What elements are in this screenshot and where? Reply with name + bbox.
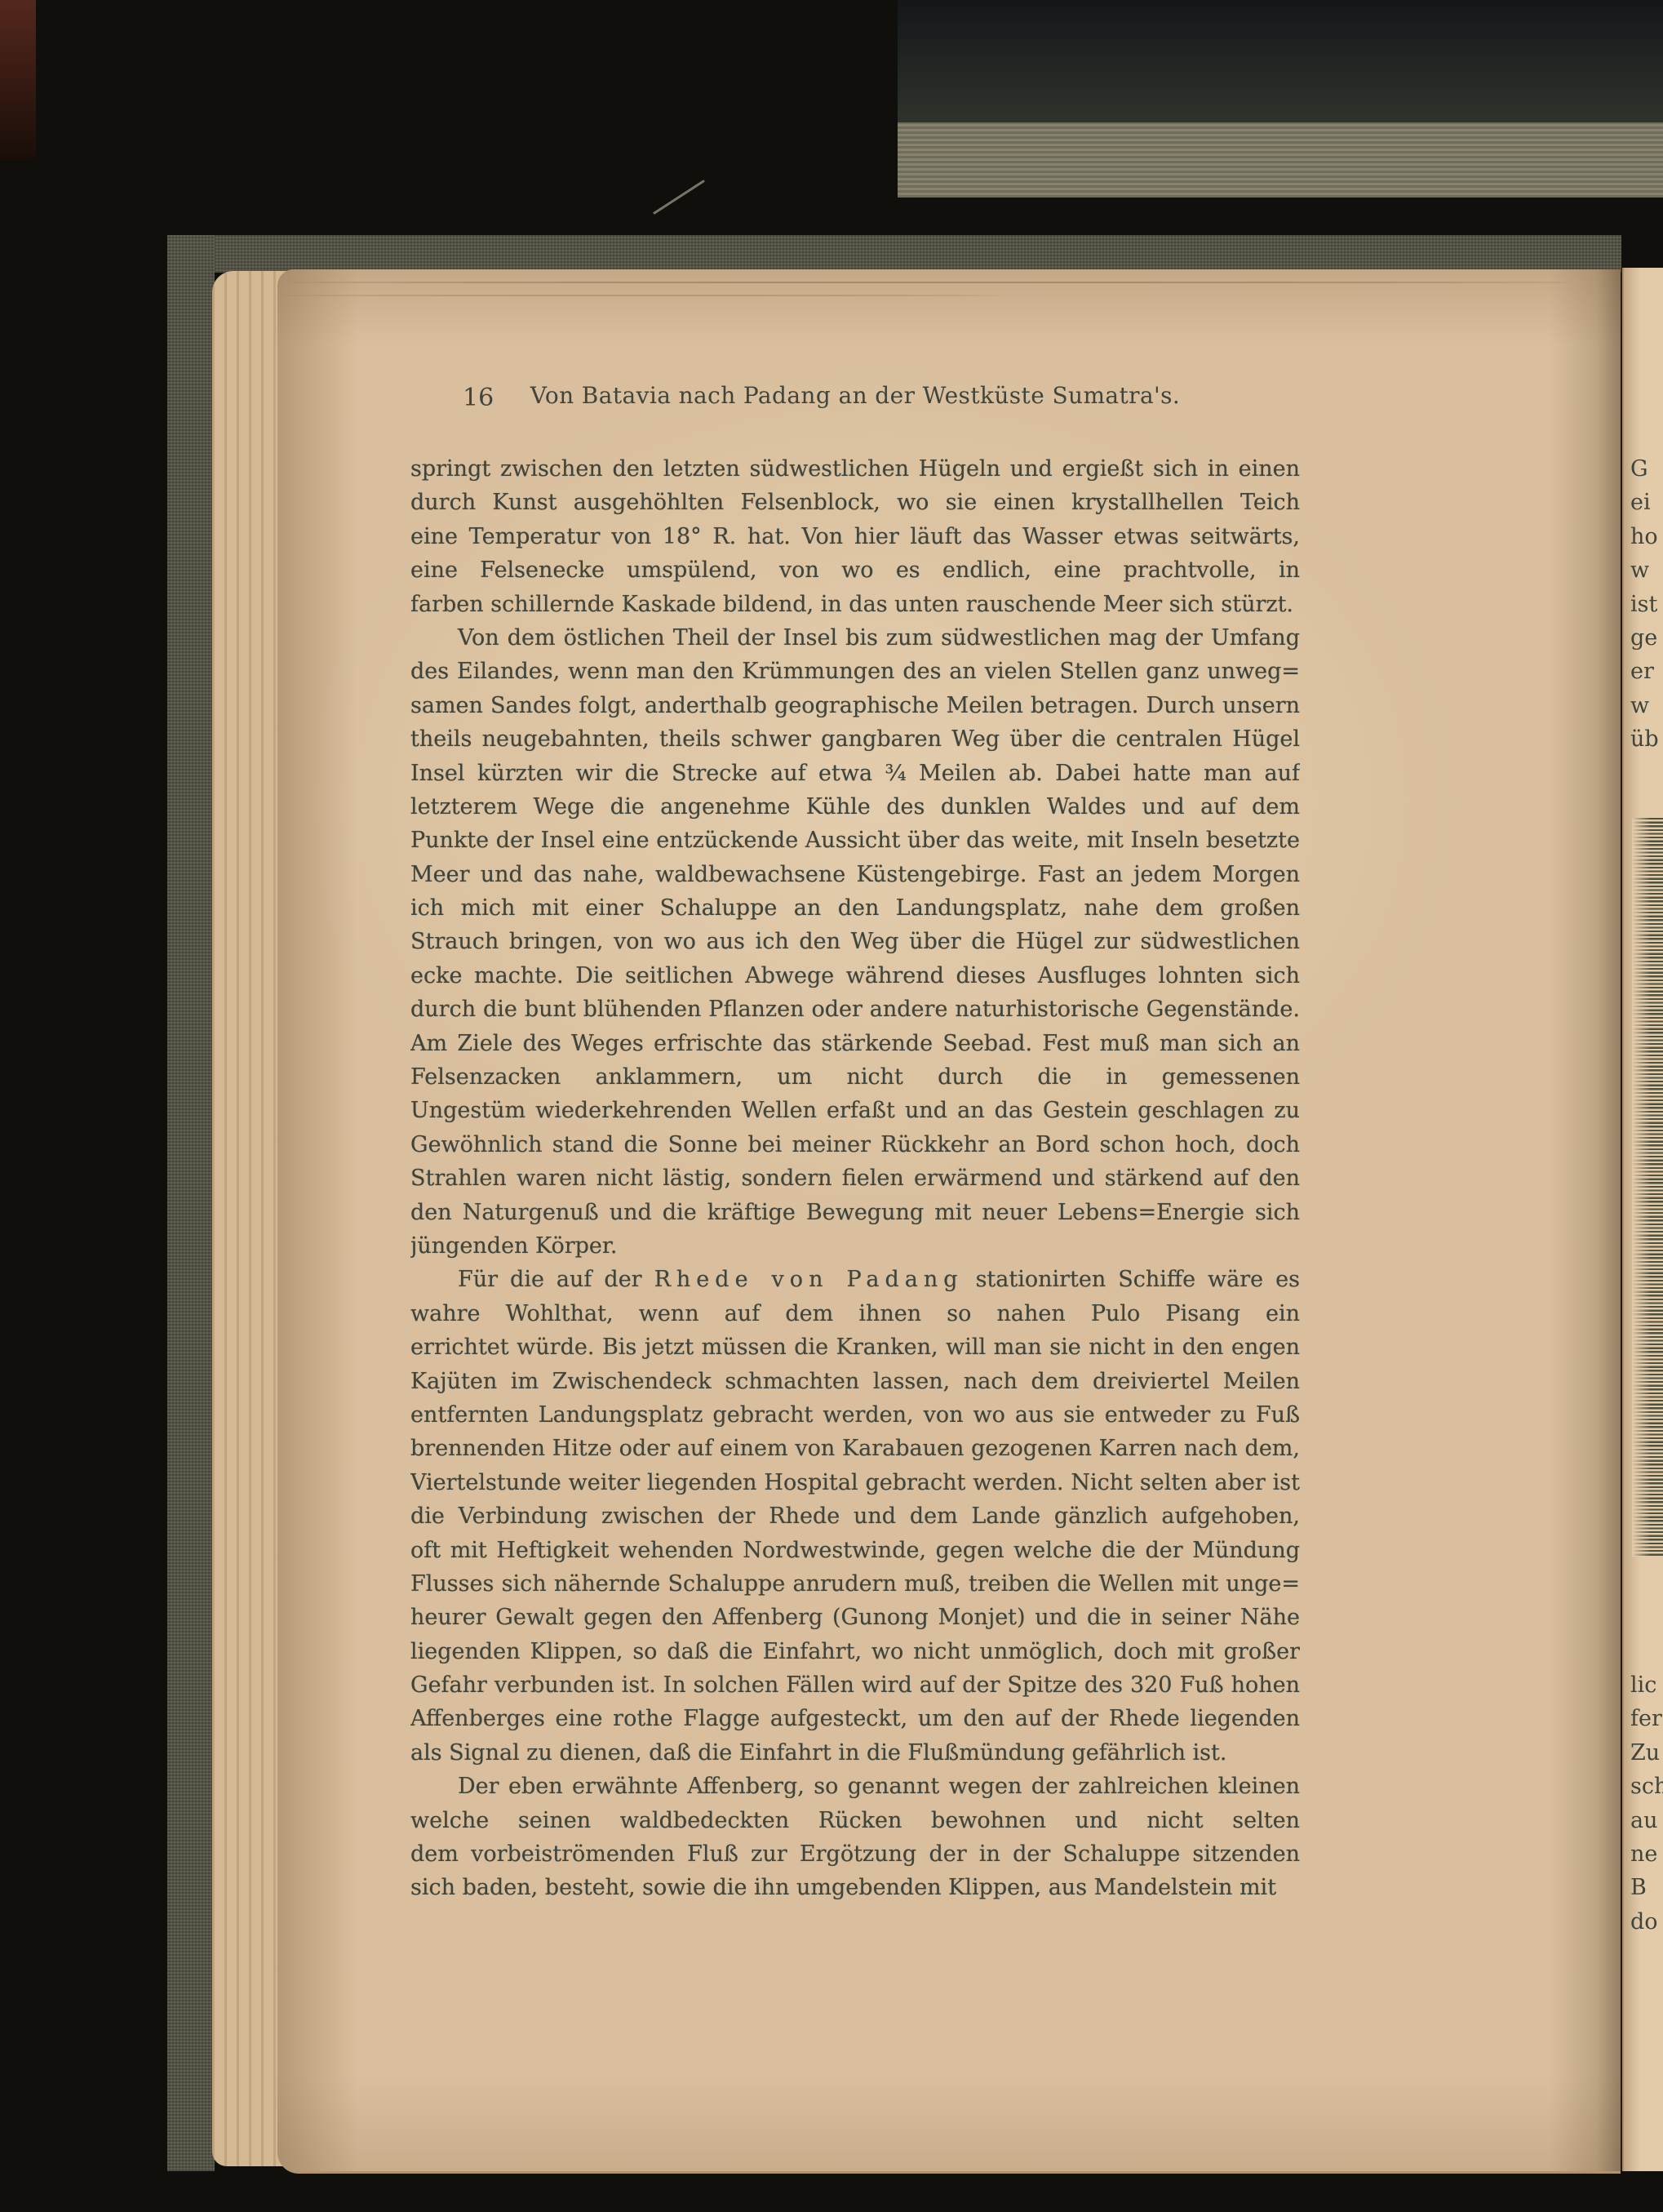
cover-scratch [653,180,705,215]
text-line: des Eilandes, wenn man den Krümmungen de… [410,655,1300,688]
book-cover-top-edge [167,235,1621,273]
text-line: durch Kunst ausgehöhlten Felsenblock, wo… [410,486,1300,519]
text-line: jüngenden Körper. [410,1229,1300,1263]
text-line: Meer und das nahe, waldbewachsene Küsten… [410,858,1300,891]
other-book-cover [898,0,1663,122]
text-line: liegenden Klippen, so daß die Einfahrt, … [410,1635,1300,1668]
text-line: Ungestüm wiederkehrenden Wellen erfaßt u… [410,1094,1300,1127]
facing-text-fragment: au [1630,1804,1663,1837]
facing-text-fragment: w [1630,689,1663,722]
text-line: eine Felsenecke umspülend, von wo es end… [410,553,1300,587]
page-header: 16 Von Batavia nach Padang an der Westkü… [410,382,1300,409]
page-body-text: springt zwischen den letzten südwestlich… [410,452,1300,1905]
text-line: farben schillernde Kaskade bildend, in d… [410,588,1300,621]
gutter-shadow [1549,269,1622,2171]
facing-text-fragment: w [1630,553,1663,587]
facing-text-fragment: er [1630,655,1663,688]
maroon-book-sliver [0,0,36,159]
text-line: als Signal zu dienen, daß die Einfahrt i… [410,1736,1300,1770]
text-line: springt zwischen den letzten südwestlich… [410,452,1300,486]
text-line: Viertelstunde weiter liegenden Hospital … [410,1466,1300,1499]
text-line: sich baden, besteht, sowie die ihn umgeb… [410,1871,1300,1904]
facing-text-fragment: ho [1630,520,1663,553]
text-line: Punkte der Insel eine entzückende Aussic… [410,824,1300,857]
text-line: Gewöhnlich stand die Sonne bei meiner Rü… [410,1128,1300,1162]
text-line: dem vorbeiströmenden Fluß zur Ergötzung … [410,1837,1300,1871]
text-line: Kajüten im Zwischendeck schmachten lasse… [410,1365,1300,1398]
facing-text-fragment: sch [1630,1770,1663,1803]
facing-text-fragments-top: Geihowistgeerwüb [1630,452,1663,757]
emphasized-text: Rhede von Padang [654,1267,964,1292]
previous-sheet-edge [286,282,1572,283]
text-line: Der eben erwähnte Affenberg, so genannt … [410,1770,1300,1803]
text-line: Für die auf der Rhede von Padang station… [410,1263,1300,1296]
text-line: samen Sandes folgt, anderthalb geographi… [410,689,1300,722]
facing-text-fragment: ge [1630,621,1663,655]
text-segment: Für die auf der [458,1267,654,1292]
facing-text-fragment: ei [1630,486,1663,519]
text-line: Flusses sich nähernde Schaluppe anrudern… [410,1567,1300,1601]
book-photo: 16 Von Batavia nach Padang an der Westkü… [0,0,1663,2212]
previous-sheet-edge [281,295,1000,296]
text-line: durch die bunt blühenden Pflanzen oder a… [410,993,1300,1026]
text-line: ecke machte. Die seitlichen Abwege währe… [410,959,1300,993]
text-line: errichtet würde. Bis jetzt müssen die Kr… [410,1330,1300,1364]
facing-text-fragments-bottom: licferZuschauneBdo [1630,1668,1663,1939]
text-line: letzterem Wege die angenehme Kühle des d… [410,790,1300,824]
book-page: 16 Von Batavia nach Padang an der Westkü… [277,269,1621,2174]
text-line: Strahlen waren nicht lästig, sondern fie… [410,1162,1300,1195]
facing-text-fragment: ne [1630,1837,1663,1871]
text-line: heurer Gewalt gegen den Affenberg (Gunon… [410,1601,1300,1634]
text-line: Strauch bringen, von wo aus ich den Weg … [410,925,1300,958]
text-line: Von dem östlichen Theil der Insel bis zu… [410,621,1300,655]
page-number: 16 [463,384,494,412]
text-line: ich mich mit einer Schaluppe an den Land… [410,891,1300,925]
other-book-page-edges [898,122,1663,198]
facing-text-fragment: Zu [1630,1736,1663,1770]
book-cover-left-edge [167,235,215,2171]
text-line: oft mit Heftigkeit wehenden Nordwestwind… [410,1534,1300,1567]
facing-text-fragment: G [1630,452,1663,486]
text-line: Gefahr verbunden ist. In solchen Fällen … [410,1668,1300,1702]
facing-text-fragment: lic [1630,1668,1663,1702]
text-line: die Verbindung zwischen der Rhede und de… [410,1499,1300,1533]
facing-text-fragment: do [1630,1905,1663,1939]
text-line: brennenden Hitze oder auf einem von Kara… [410,1432,1300,1465]
text-line: welche seinen waldbedeckten Rücken bewoh… [410,1804,1300,1837]
facing-text-fragment: ist [1630,588,1663,621]
facing-text-fragment: fer [1630,1702,1663,1735]
running-title: Von Batavia nach Padang an der Westküste… [410,382,1300,409]
text-line: entfernten Landungsplatz gebracht werden… [410,1398,1300,1432]
text-line: den Naturgenuß und die kräftige Bewegung… [410,1196,1300,1229]
facing-text-fragment: B [1630,1871,1663,1904]
text-line: Insel kürzten wir die Strecke auf etwa ¾… [410,757,1300,790]
text-line: eine Temperatur von 18° R. hat. Von hier… [410,520,1300,553]
text-line: wahre Wohlthat, wenn auf dem ihnen so na… [410,1297,1300,1330]
text-line: theils neugebahnten, theils schwer gangb… [410,722,1300,756]
text-line: Am Ziele des Weges erfrischte das stärke… [410,1027,1300,1060]
text-line: Affenberges eine rothe Flagge aufgesteck… [410,1702,1300,1735]
facing-illustration-edge [1632,818,1663,1557]
text-line: Felsenzacken anklammern, um nicht durch … [410,1060,1300,1094]
facing-text-fragment: üb [1630,722,1663,756]
